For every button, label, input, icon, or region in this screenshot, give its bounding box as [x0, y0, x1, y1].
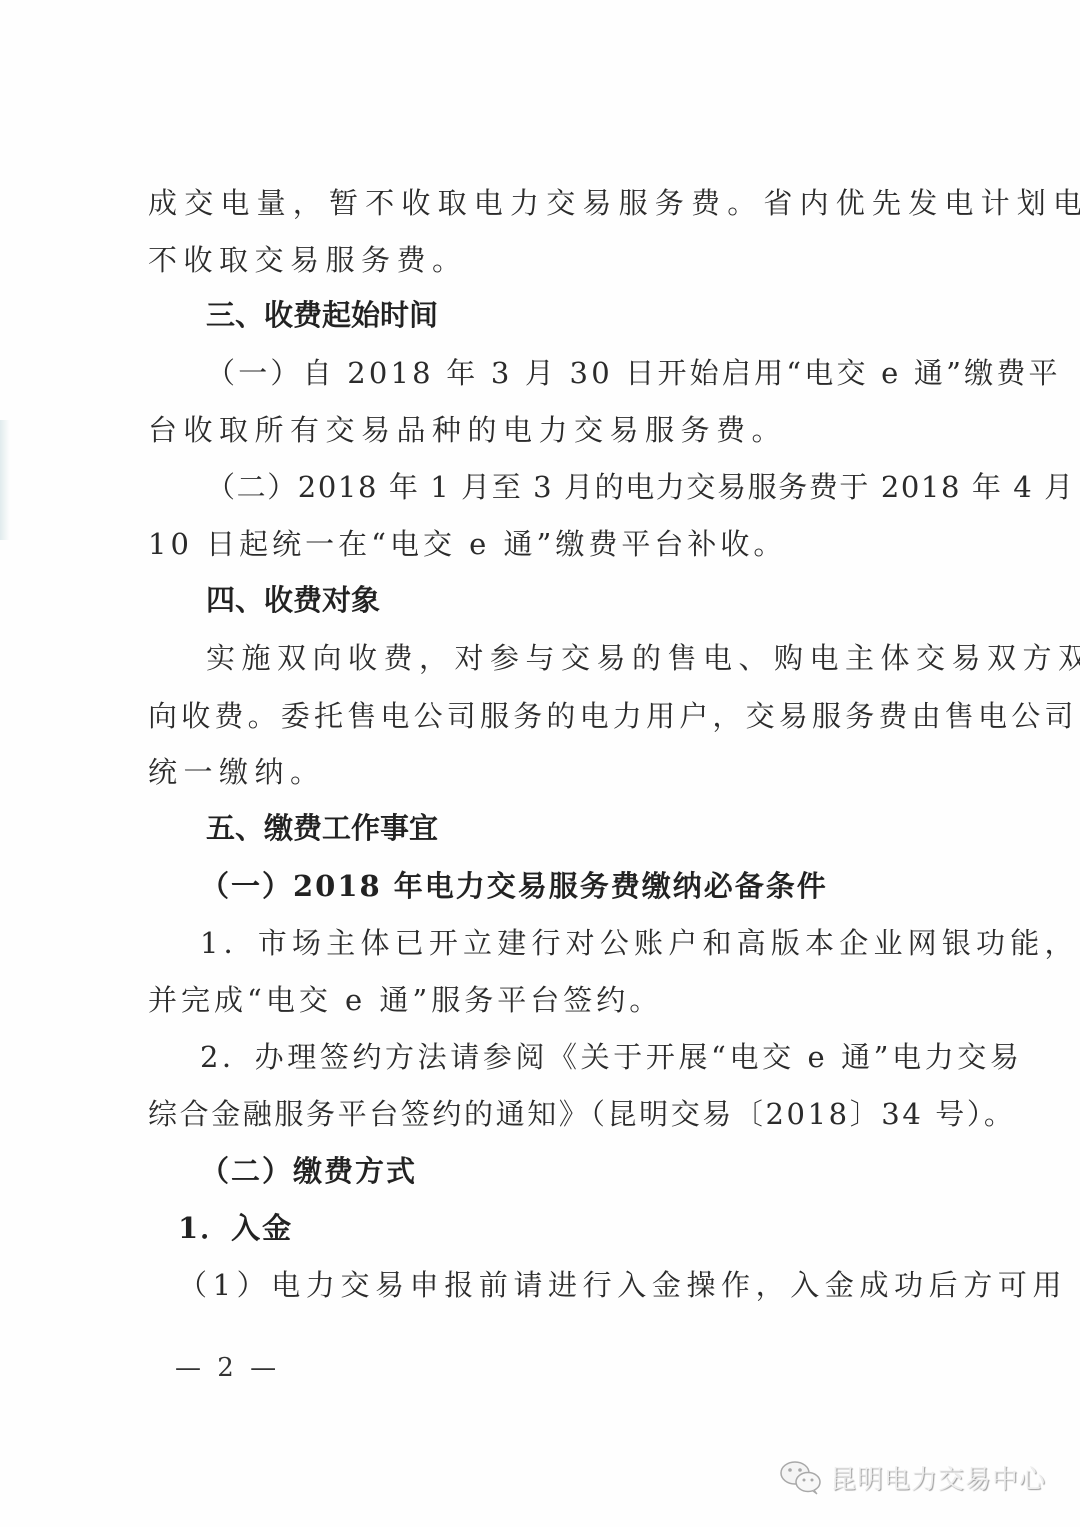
scan-edge-artifact — [0, 420, 10, 540]
wechat-icon — [778, 1458, 824, 1496]
subsection-heading: （二）缴费方式 — [200, 1151, 1000, 1191]
paragraph-line: 成交电量，暂不收取电力交易服务费。省内优先发电计划电量 — [148, 183, 948, 223]
paragraph-line: 向收费。委托售电公司服务的电力用户，交易服务费由售电公司 — [148, 696, 948, 736]
subsection-heading: （一）2018 年电力交易服务费缴纳必备条件 — [200, 866, 1000, 906]
paragraph-line: （一）自 2018 年 3 月 30 日开始启用“电交 e 通”缴费平 — [206, 353, 1006, 393]
page-number: — 2 — — [175, 1353, 280, 1383]
paragraph-line: 10 日起统一在“电交 e 通”缴费平台补收。 — [148, 524, 948, 564]
list-heading: 1．入金 — [178, 1208, 978, 1248]
paragraph-line: 实施双向收费，对参与交易的售电、购电主体交易双方双 — [206, 638, 1006, 678]
watermark-text: 昆明电力交易中心 — [830, 1459, 1046, 1496]
section-heading-4: 四、收费对象 — [206, 580, 1006, 620]
document-page: 成交电量，暂不收取电力交易服务费。省内优先发电计划电量 不收取交易服务费。 三、… — [0, 0, 1080, 1527]
paragraph-line: 2．办理签约方法请参阅《关于开展“电交 e 通”电力交易 — [200, 1037, 1000, 1077]
paragraph-line: 1．市场主体已开立建行对公账户和高版本企业网银功能， — [200, 923, 1000, 963]
paragraph-line: 统一缴纳。 — [148, 752, 948, 792]
paragraph-line: 综合金融服务平台签约的通知》（昆明交易〔2018〕34 号）。 — [148, 1094, 948, 1134]
paragraph-line: 并完成“电交 e 通”服务平台签约。 — [148, 980, 948, 1020]
paragraph-line: 台收取所有交易品种的电力交易服务费。 — [148, 410, 948, 450]
paragraph-line: 不收取交易服务费。 — [148, 240, 948, 280]
paragraph-line: （二）2018 年 1 月至 3 月的电力交易服务费于 2018 年 4 月 — [206, 467, 1006, 507]
paragraph-line: （1）电力交易申报前请进行入金操作，入金成功后方可用 — [178, 1265, 978, 1305]
section-heading-5: 五、缴费工作事宜 — [206, 808, 1006, 848]
section-heading-3: 三、收费起始时间 — [206, 295, 1006, 335]
watermark: 昆明电力交易中心 — [778, 1458, 1046, 1496]
